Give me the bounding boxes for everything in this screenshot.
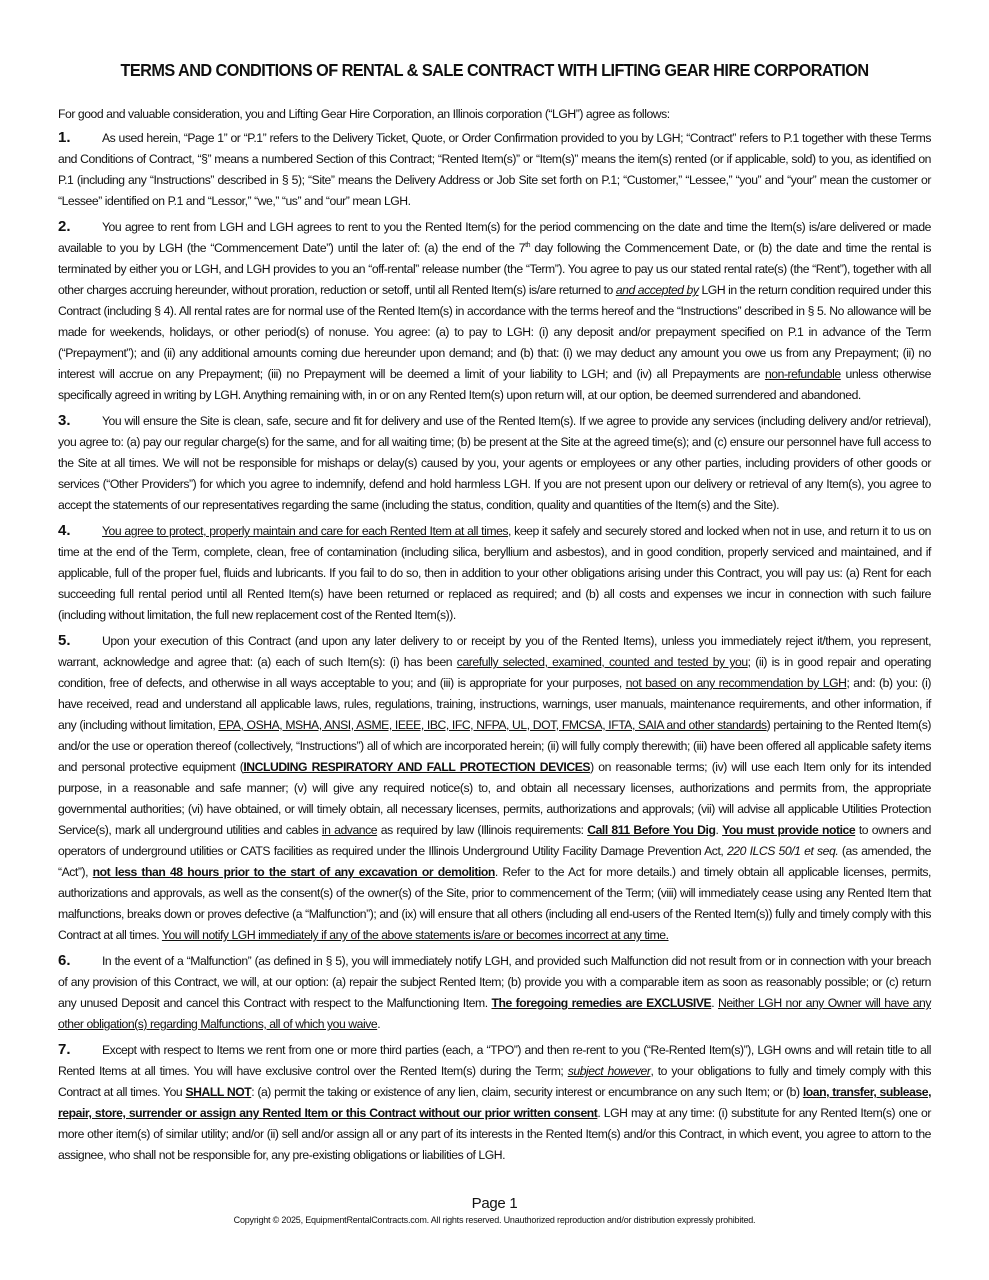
section-text: as required by law (Illinois requirement…	[377, 823, 587, 837]
document-title: TERMS AND CONDITIONS OF RENTAL & SALE CO…	[35, 60, 955, 81]
section-number: 5.	[58, 630, 102, 651]
section-5: 5.Upon your execution of this Contract (…	[58, 630, 931, 946]
emphasized-text: You will notify LGH immediately if any o…	[162, 928, 669, 942]
section-6: 6.In the event of a “Malfunction” (as de…	[58, 950, 931, 1035]
section-text: As used herein, “Page 1” or “P.1” refers…	[58, 131, 931, 208]
section-text: .	[377, 1017, 380, 1031]
emphasized-text: non-refundable	[765, 367, 841, 381]
emphasized-text: EPA, OSHA, MSHA, ANSI, ASME, IEEE, IBC, …	[218, 718, 766, 732]
emphasized-text: Call 811 Before You Dig	[587, 823, 715, 837]
emphasized-text: in advance	[322, 823, 377, 837]
emphasized-text: not less than 48 hours prior to the star…	[93, 865, 495, 879]
emphasized-text: not based on any recommendation by LGH	[626, 676, 847, 690]
section-1: 1.As used herein, “Page 1” or “P.1” refe…	[58, 127, 931, 212]
emphasized-text: You must provide notice	[722, 823, 855, 837]
emphasized-text: carefully selected, examined, counted an…	[457, 655, 748, 669]
section-text: You will ensure the Site is clean, safe,…	[58, 414, 931, 512]
section-text: : (a) permit the taking or existence of …	[251, 1085, 803, 1099]
emphasized-text: INCLUDING RESPIRATORY AND FALL PROTECTIO…	[243, 760, 590, 774]
section-text: .	[711, 996, 718, 1010]
section-number: 3.	[58, 410, 102, 431]
section-2: 2.You agree to rent from LGH and LGH agr…	[58, 216, 931, 406]
emphasized-text: You agree to protect, properly maintain …	[102, 524, 508, 538]
page-number: Page 1	[0, 1195, 989, 1212]
section-number: 1.	[58, 127, 102, 148]
section-3: 3.You will ensure the Site is clean, saf…	[58, 410, 931, 516]
emphasized-text: The foregoing remedies are EXCLUSIVE	[492, 996, 712, 1010]
copyright-notice: Copyright © 2025, EquipmentRentalContrac…	[0, 1215, 989, 1225]
emphasized-text: SHALL NOT	[185, 1085, 251, 1099]
emphasized-text: 220 ILCS 50/1 et seq.	[727, 844, 838, 858]
contract-page: TERMS AND CONDITIONS OF RENTAL & SALE CO…	[0, 0, 989, 1280]
section-7: 7.Except with respect to Items we rent f…	[58, 1039, 931, 1166]
section-number: 4.	[58, 520, 102, 541]
intro-paragraph: For good and valuable consideration, you…	[58, 104, 931, 125]
emphasized-text: and accepted by	[616, 283, 699, 297]
section-number: 2.	[58, 216, 102, 237]
section-number: 7.	[58, 1039, 102, 1060]
section-4: 4.You agree to protect, properly maintai…	[58, 520, 931, 626]
document-body: For good and valuable consideration, you…	[58, 104, 931, 1170]
section-number: 6.	[58, 950, 102, 971]
section-text: , keep it safely and securely stored and…	[58, 524, 931, 622]
emphasized-text: subject however	[568, 1064, 651, 1078]
sections-list: 1.As used herein, “Page 1” or “P.1” refe…	[58, 127, 931, 1166]
